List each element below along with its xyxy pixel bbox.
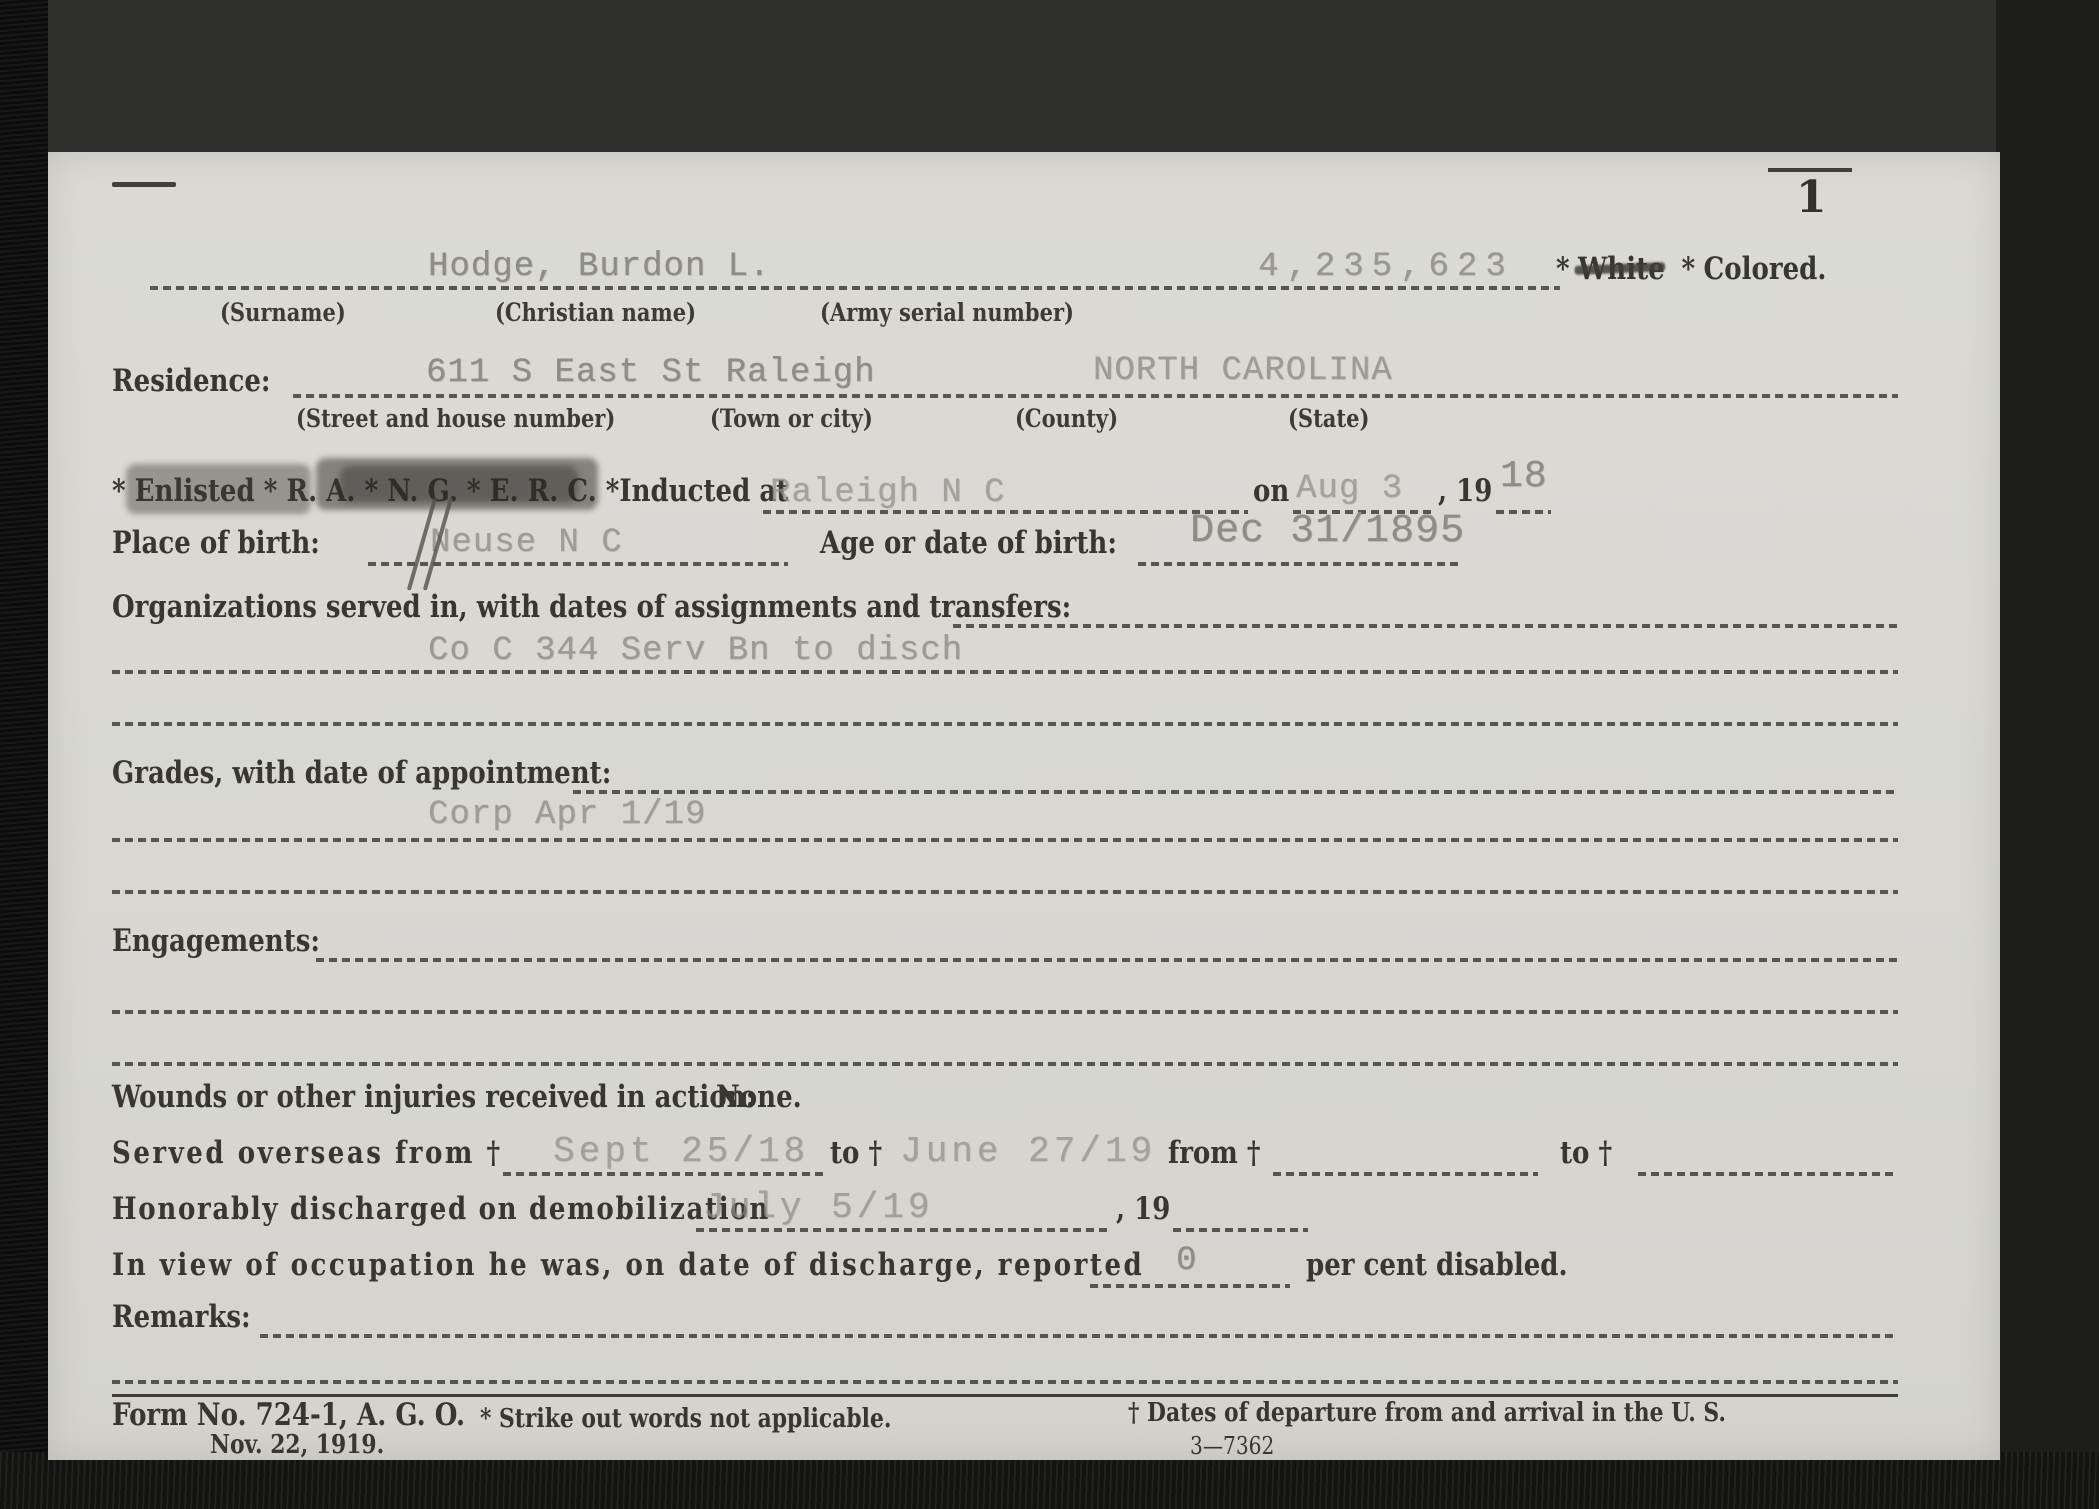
engagements-rule-1 <box>316 958 1898 962</box>
strike-out-note: * Strike out words not applicable. <box>480 1406 891 1432</box>
remarks-label: Remarks: <box>112 1302 251 1333</box>
discharge-label: Honorably discharged on demobilization <box>112 1194 770 1225</box>
name-line-rule <box>150 286 1560 290</box>
discharge-date-typed: July 5/19 <box>703 1190 933 1226</box>
army-serial-label: (Army serial number) <box>820 300 1074 325</box>
grades-rule-2 <box>112 838 1898 842</box>
name-typed-value: Hodge, Burdon L. <box>428 250 770 284</box>
overseas-date1-typed: Sept 25/18 <box>553 1134 809 1170</box>
race-white-word: White <box>1578 251 1673 287</box>
birth-date-rule <box>1138 562 1460 566</box>
checkmark-line <box>112 182 176 187</box>
grades-rule-3 <box>112 890 1898 894</box>
organizations-typed: Co C 344 Serv Bn to disch <box>428 634 963 668</box>
dagger-note: † Dates of departure from and arrival in… <box>1128 1400 1726 1426</box>
film-border-left <box>0 0 48 1509</box>
overseas-rule-3 <box>1638 1172 1893 1176</box>
serial-typed-value: 4,235,623 <box>1258 250 1514 284</box>
overseas-to2-label: to † <box>1560 1138 1612 1169</box>
year-19-label: , 19 <box>1438 476 1492 507</box>
served-overseas-label: Served overseas from † <box>112 1138 503 1169</box>
county-label: (County) <box>1015 406 1118 431</box>
wounds-label: Wounds or other injuries received in act… <box>112 1082 755 1113</box>
disability-percent-typed: 0 <box>1176 1244 1197 1278</box>
overseas-from2-label: from † <box>1168 1138 1261 1169</box>
residence-label: Residence: <box>112 366 271 397</box>
discharge-rule-2 <box>1173 1228 1308 1232</box>
place-of-birth-label: Place of birth: <box>112 528 320 559</box>
race-colored-word: Colored. <box>1704 251 1827 287</box>
service-record-card: 1 Hodge, Burdon L. 4,235,623 *White*Colo… <box>48 152 2000 1460</box>
remarks-rule-2 <box>112 1380 1898 1384</box>
disability-rule <box>1090 1284 1290 1288</box>
scanned-photo-background: 1 Hodge, Burdon L. 4,235,623 *White*Colo… <box>0 0 2099 1509</box>
on-label: on <box>1253 476 1289 507</box>
overseas-rule-2 <box>1273 1172 1538 1176</box>
birth-place-typed: Neuse N C <box>430 526 623 560</box>
enlisted-strikeout-smudge <box>126 464 311 514</box>
christian-name-label: (Christian name) <box>495 300 696 325</box>
discharge-rule-1 <box>696 1228 1108 1232</box>
discharge-year-label: , 19 <box>1116 1194 1170 1225</box>
state-label: (State) <box>1288 406 1369 431</box>
organizations-rule-2 <box>112 670 1898 674</box>
engagements-rule-2 <box>112 1010 1898 1014</box>
grades-label: Grades, with date of appointment: <box>112 758 611 789</box>
residence-state-typed: NORTH CAROLINA <box>1093 354 1393 388</box>
film-border-right <box>1996 0 2099 1509</box>
disability-label: In view of occupation he was, on date of… <box>112 1250 1144 1281</box>
organizations-label: Organizations served in, with dates of a… <box>112 592 1071 623</box>
form-number: Form No. 724-1, A. G. O. <box>112 1400 465 1431</box>
engagements-label: Engagements: <box>112 926 320 957</box>
strikeout-smudge-core <box>340 466 578 502</box>
print-code: 3—7362 <box>1190 1434 1274 1458</box>
race-star-2: * <box>1681 251 1695 287</box>
age-date-of-birth-label: Age or date of birth: <box>820 528 1117 559</box>
film-border-bottom <box>0 1452 2099 1509</box>
birth-date-typed: Dec 31/1895 <box>1190 512 1465 552</box>
induction-date-typed: Aug 3 <box>1296 472 1403 506</box>
overseas-rule-1 <box>503 1172 823 1176</box>
residence-rule <box>293 394 1898 398</box>
race-selection: *White*Colored. <box>1556 254 1835 285</box>
street-number-label: (Street and house number) <box>296 406 615 431</box>
residence-street-typed: 611 S East St Raleigh <box>426 356 875 390</box>
organizations-rule-3 <box>112 722 1898 726</box>
induction-year-typed: 18 <box>1500 458 1548 496</box>
town-city-label: (Town or city) <box>710 406 873 431</box>
remarks-rule-1 <box>260 1334 1898 1338</box>
overseas-to1-label: to † <box>830 1138 882 1169</box>
inducted-place-typed: Raleigh N C <box>770 476 1005 510</box>
form-date: Nov. 22, 1919. <box>210 1432 384 1458</box>
surname-label: (Surname) <box>220 300 346 325</box>
percent-disabled-label: per cent disabled. <box>1306 1250 1568 1281</box>
grades-rule-1 <box>573 790 1898 794</box>
wounds-value: None. <box>716 1082 802 1113</box>
grades-typed: Corp Apr 1/19 <box>428 798 706 832</box>
organizations-rule-1 <box>953 624 1898 628</box>
page-number: 1 <box>1796 176 1827 220</box>
overseas-date2-typed: June 27/19 <box>900 1134 1156 1170</box>
engagements-rule-3 <box>112 1062 1898 1066</box>
induction-year-rule <box>1496 510 1551 514</box>
race-star-1: * <box>1556 251 1570 287</box>
